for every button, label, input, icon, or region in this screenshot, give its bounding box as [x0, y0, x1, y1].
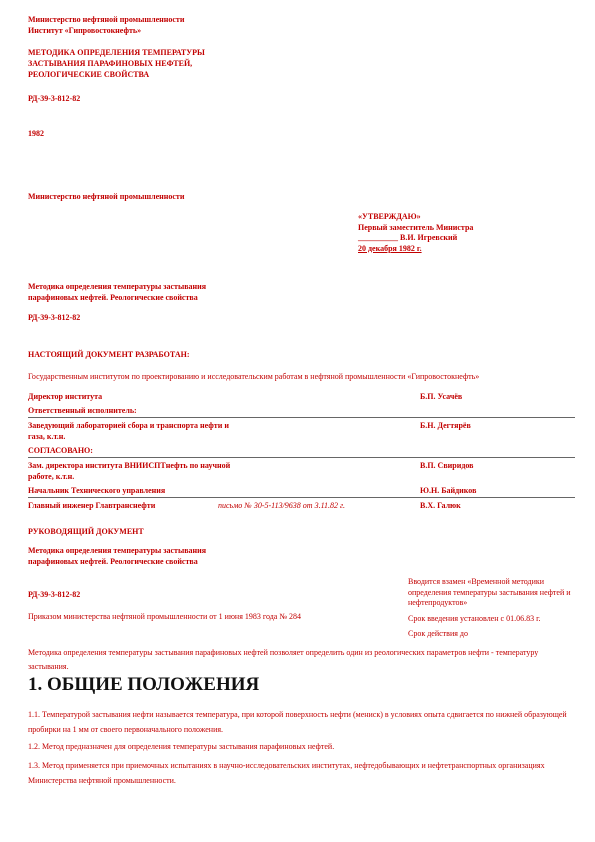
row-label: Зам. директора института ВНИИСПТнефть по…	[28, 460, 238, 482]
row-label: Ответственный исполнитель:	[28, 405, 238, 416]
intro-paragraph: Методика определения температуры застыва…	[28, 646, 575, 673]
row-name: В.Х. Галюк	[420, 500, 461, 511]
subject-title-line2: парафиновых нефтей. Реологические свойст…	[28, 292, 290, 303]
table-row: Директор института Б.П. Усачёв	[28, 389, 575, 403]
cover-title-line2: ЗАСТЫВАНИЯ ПАРАФИНОВЫХ НЕФТЕЙ,	[28, 58, 205, 69]
approval-block: «УТВЕРЖДАЮ» Первый заместитель Министра …	[358, 212, 473, 254]
order-text: Приказом министерства нефтяной промышлен…	[28, 611, 408, 622]
introduction-note: Вводится взамен «Временной методики опре…	[408, 577, 578, 640]
section-1-heading: 1. ОБЩИЕ ПОЛОЖЕНИЯ	[28, 674, 259, 696]
guiding-doc-number: РД-39-3-812-82	[28, 589, 80, 600]
document-page: Министерство нефтяной промышленности Инс…	[0, 0, 595, 842]
signature-line: __________ В.И. Игревский	[358, 233, 473, 244]
row-label: Начальник Технического управления	[28, 485, 238, 496]
cover-doc-number: РД-39-3-812-82	[28, 93, 80, 104]
replaces-text: Вводится взамен «Временной методики опре…	[408, 577, 578, 609]
approval-stamp: «УТВЕРЖДАЮ»	[358, 212, 473, 223]
validity-text: Срок действия до	[408, 629, 578, 640]
row-label: СОГЛАСОВАНО:	[28, 445, 238, 456]
row-letter-ref: письмо № 30-5-113/9638 от 3.11.82 г.	[218, 500, 345, 511]
cover-header: Министерство нефтяной промышленности Инс…	[28, 14, 184, 36]
cover-ministry: Министерство нефтяной промышленности	[28, 14, 184, 25]
approval-ministry: Министерство нефтяной промышленности	[28, 191, 184, 202]
developer-text: Государственным институтом по проектиров…	[28, 371, 575, 382]
row-label: Директор института	[28, 391, 238, 402]
row-name: В.П. Свиридов	[420, 460, 474, 471]
table-row: СОГЛАСОВАНО:	[28, 443, 575, 458]
guiding-title: Методика определения температуры застыва…	[28, 545, 290, 567]
cover-title: МЕТОДИКА ОПРЕДЕЛЕНИЯ ТЕМПЕРАТУРЫ ЗАСТЫВА…	[28, 47, 205, 80]
cover-institute: Институт «Гипровостокнефть»	[28, 25, 184, 36]
row-name: Б.Н. Дегтярёв	[420, 420, 471, 431]
subject-title-line1: Методика определения температуры застыва…	[28, 281, 290, 292]
table-row: Главный инженер Главтранснефти письмо № …	[28, 498, 575, 512]
approver-title: Первый заместитель Министра	[358, 223, 473, 234]
row-name: Ю.Н. Байдиков	[420, 485, 476, 496]
table-row: Зам. директора института ВНИИСПТнефть по…	[28, 458, 575, 483]
paragraph-1-3: 1.3. Метод применяется при приемочных ис…	[28, 759, 575, 788]
approval-date: 20 декабря 1982 г.	[358, 244, 473, 255]
row-label: Заведующий лабораторией сбора и транспор…	[28, 420, 238, 442]
guiding-title-line1: Методика определения температуры застыва…	[28, 545, 290, 556]
cover-title-line1: МЕТОДИКА ОПРЕДЕЛЕНИЯ ТЕМПЕРАТУРЫ	[28, 47, 205, 58]
row-name: Б.П. Усачёв	[420, 391, 462, 402]
table-row: Ответственный исполнитель:	[28, 403, 575, 418]
guiding-title-line2: парафиновых нефтей. Реологические свойст…	[28, 556, 290, 567]
table-row: Начальник Технического управления Ю.Н. Б…	[28, 483, 575, 498]
paragraph-1-1: 1.1. Температурой застывания нефти назыв…	[28, 708, 575, 737]
guiding-heading: РУКОВОДЯЩИЙ ДОКУМЕНТ	[28, 526, 144, 537]
table-row: Заведующий лабораторией сбора и транспор…	[28, 418, 575, 443]
effective-date-text: Срок введения установлен с 01.06.83 г.	[408, 614, 578, 625]
subject-title: Методика определения температуры застыва…	[28, 281, 290, 303]
signatories-table: Директор института Б.П. Усачёв Ответстве…	[28, 389, 575, 512]
cover-year: 1982	[28, 128, 44, 139]
cover-title-line3: РЕОЛОГИЧЕСКИЕ СВОЙСТВА	[28, 69, 205, 80]
developed-heading: НАСТОЯЩИЙ ДОКУМЕНТ РАЗРАБОТАН:	[28, 349, 190, 360]
paragraph-1-2: 1.2. Метод предназначен для определения …	[28, 740, 575, 755]
subject-doc-number: РД-39-3-812-82	[28, 312, 80, 323]
row-label: Главный инженер Главтранснефти	[28, 500, 238, 511]
